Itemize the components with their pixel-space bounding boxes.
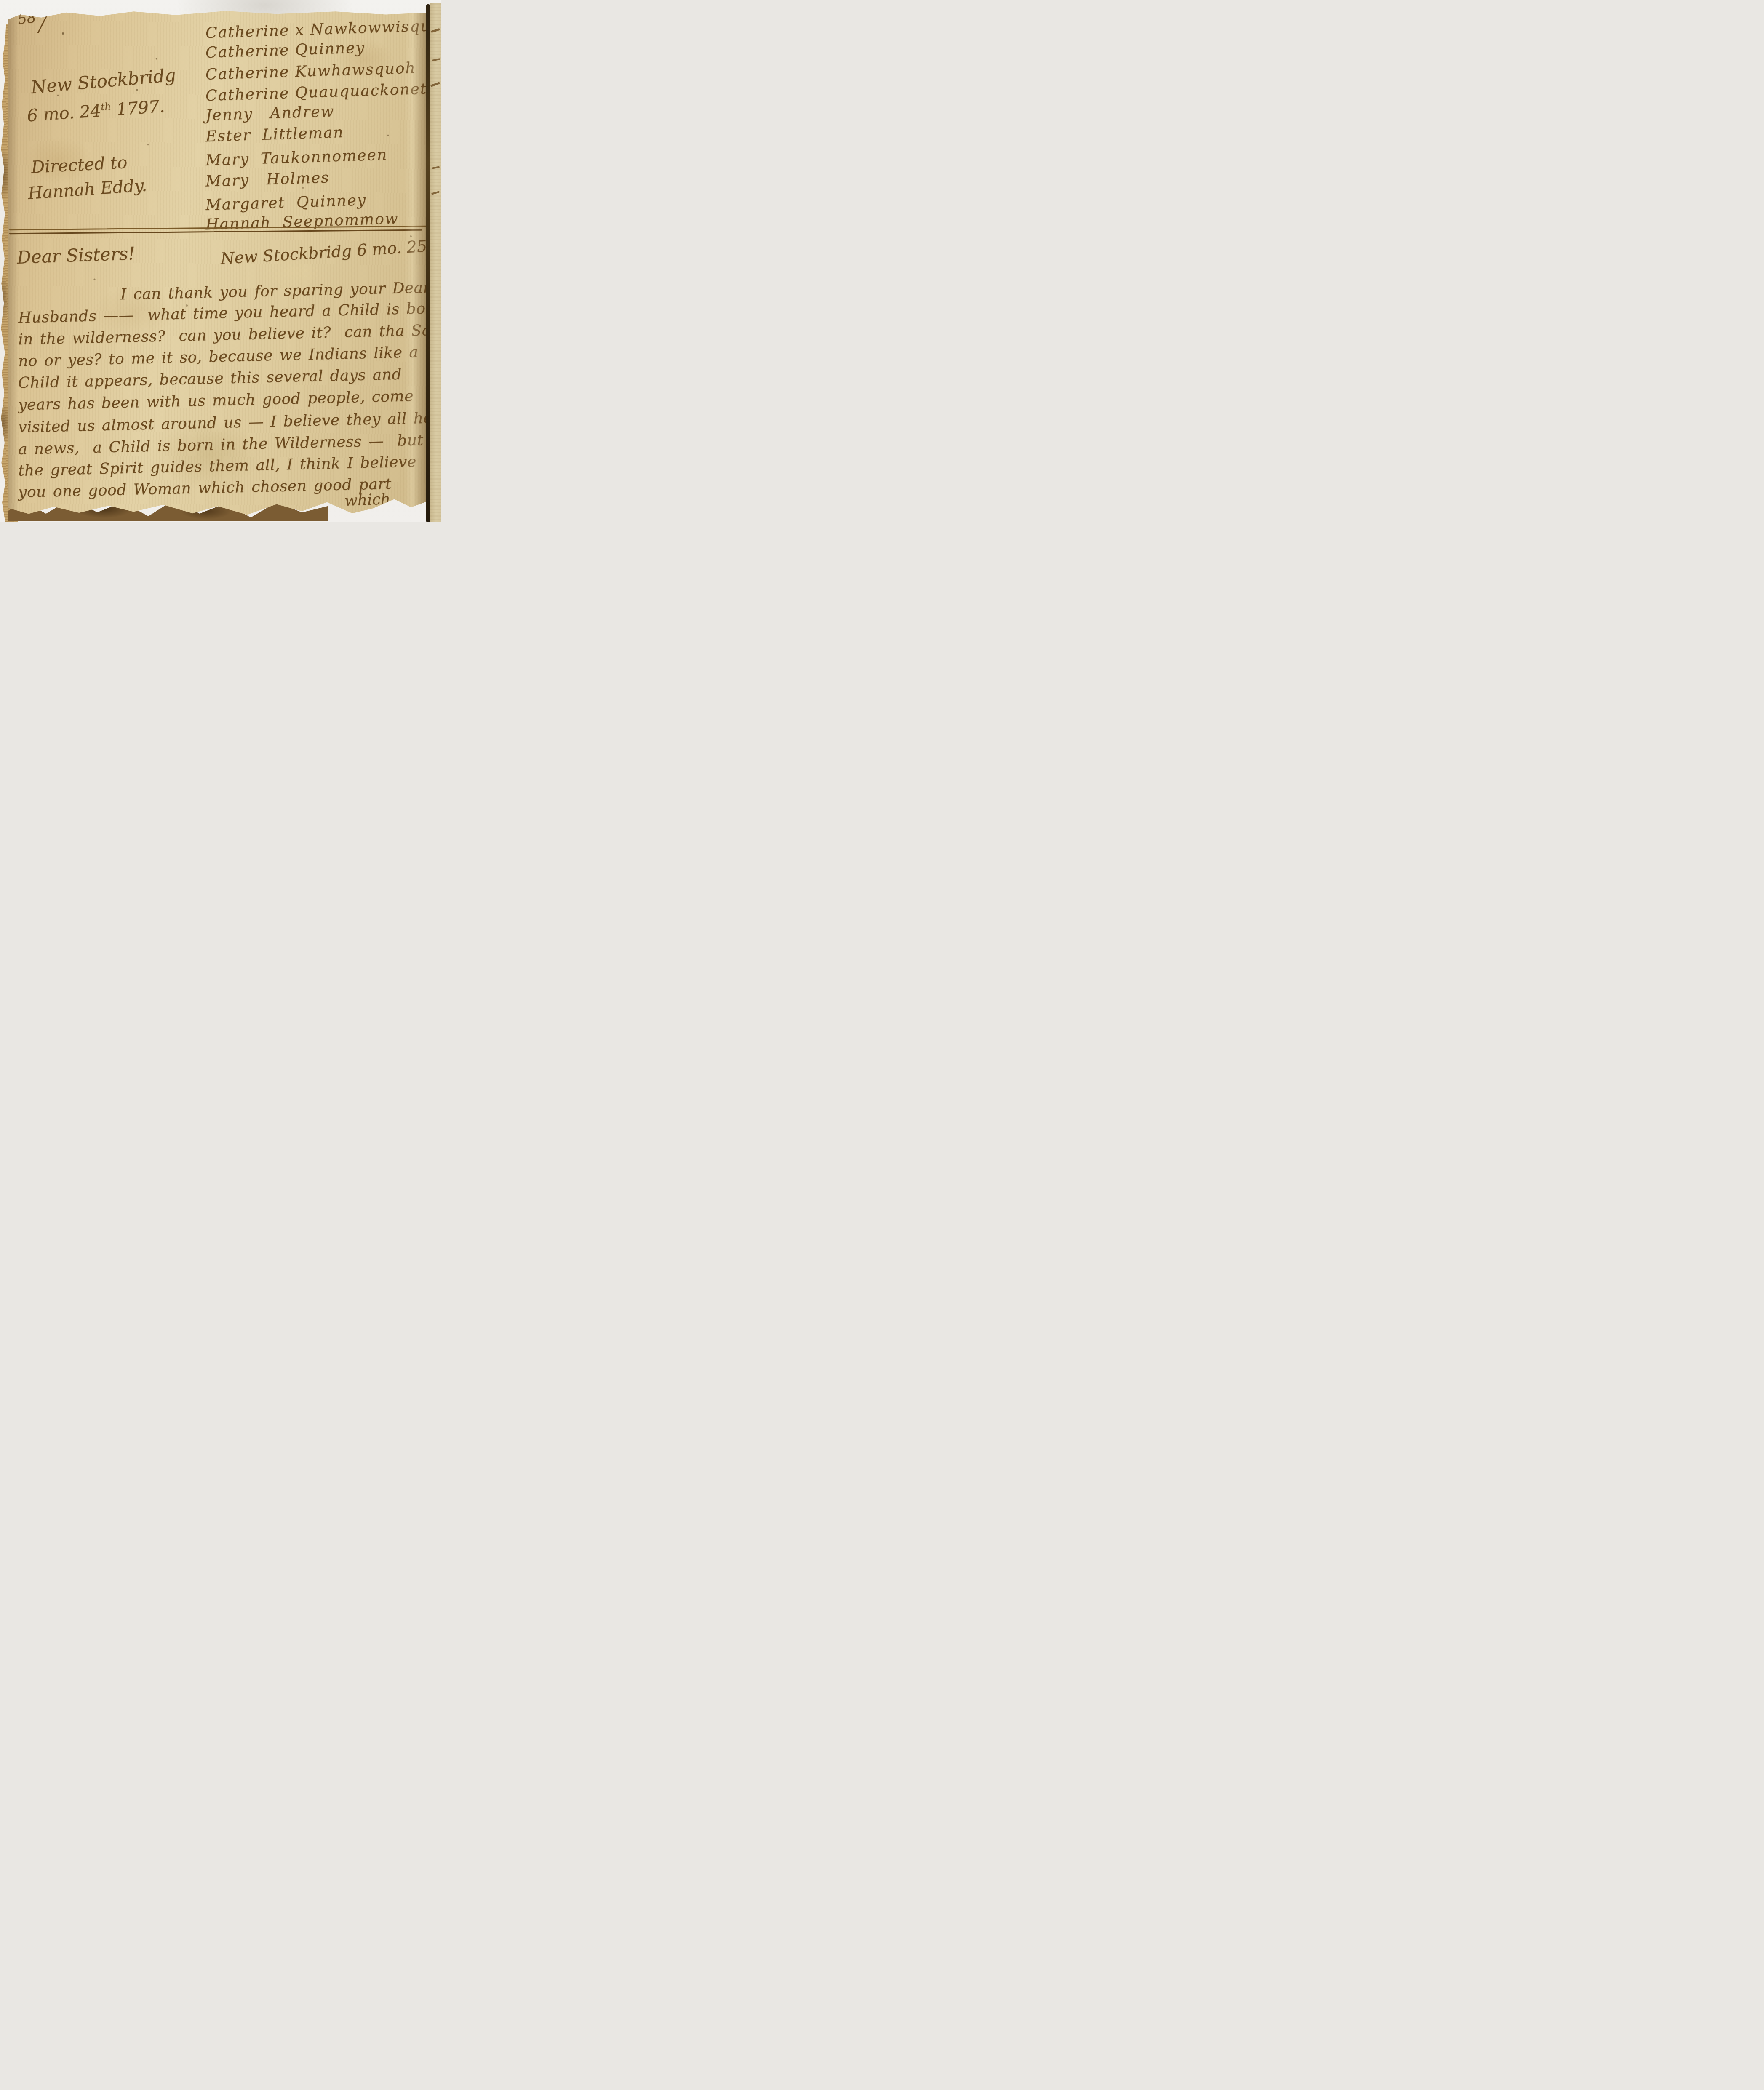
heading-date-year: 1797. — [110, 97, 165, 120]
heading-date-main: 6 mo. 24 — [27, 101, 102, 125]
letter-body-line: you one good Woman which chosen good par… — [18, 476, 392, 501]
adjacent-page-ink-mark — [432, 58, 440, 61]
witness-name: Mary Taukonnomeen — [205, 147, 387, 169]
top-edge-tear — [147, 9, 164, 12]
witness-name: Ester Littleman — [205, 124, 344, 145]
adjacent-page — [430, 3, 441, 522]
heading-date-superscript: th — [100, 101, 111, 113]
witness-name: Catherine Quinney — [205, 40, 365, 61]
witness-name: Jenny Andrew — [205, 103, 334, 124]
witness-name: Margaret Quinney — [205, 192, 366, 214]
witness-name: Catherine Kuwhawsquoh — [205, 60, 416, 83]
letter-body-line: visited us almost around us — I believe … — [18, 409, 441, 436]
adjacent-page-ink-mark — [431, 28, 440, 33]
catchword: which — [344, 491, 390, 509]
top-edge-tear — [114, 9, 141, 13]
witness-name: Catherine x Nawkowwisquoh — [205, 17, 441, 42]
foxing-specks — [8, 8, 9, 10]
letter-dateline-main: New Stockbridg 6 mo. 25 — [220, 237, 427, 268]
letter-salutation: Dear Sisters! — [16, 244, 135, 267]
scanned-manuscript: 58 New Stockbridg 6 mo. 24th 1797. Direc… — [0, 0, 441, 522]
letter-body-line: years has been with us much good people,… — [18, 388, 414, 413]
letter-body-line: Husbands —— what time you heard a Child … — [18, 300, 441, 326]
adjacent-page-ink-mark — [431, 191, 440, 195]
heading-date: 6 mo. 24th 1797. — [27, 97, 165, 125]
letter-body-line: Child it appears, because this several d… — [18, 366, 402, 392]
witness-name: Catherine Quauquackonet — [205, 81, 427, 104]
letter-body-line: no or yes? to me it so, because we India… — [18, 344, 419, 370]
directed-to-name: Hannah Eddy. — [27, 176, 147, 203]
letter-body-line: the great Spirit guides them all, I thin… — [18, 453, 417, 479]
manuscript-page: 58 New Stockbridg 6 mo. 24th 1797. Direc… — [8, 8, 428, 515]
page-number: 58 — [17, 10, 37, 28]
heading-place: New Stockbridg — [30, 65, 177, 97]
gutter-shadow — [426, 4, 430, 522]
letter-body-line: I can thank you for sparing your Dear — [120, 280, 431, 303]
directed-to-line: Directed to — [31, 153, 128, 177]
adjacent-page-ink-mark — [430, 82, 440, 87]
witness-name: Mary Holmes — [205, 169, 330, 190]
letter-dateline: New Stockbridg 6 mo. 25th 1797 — [220, 235, 441, 268]
adjacent-page-ink-mark — [432, 166, 440, 169]
page-number-flourish — [37, 11, 50, 34]
